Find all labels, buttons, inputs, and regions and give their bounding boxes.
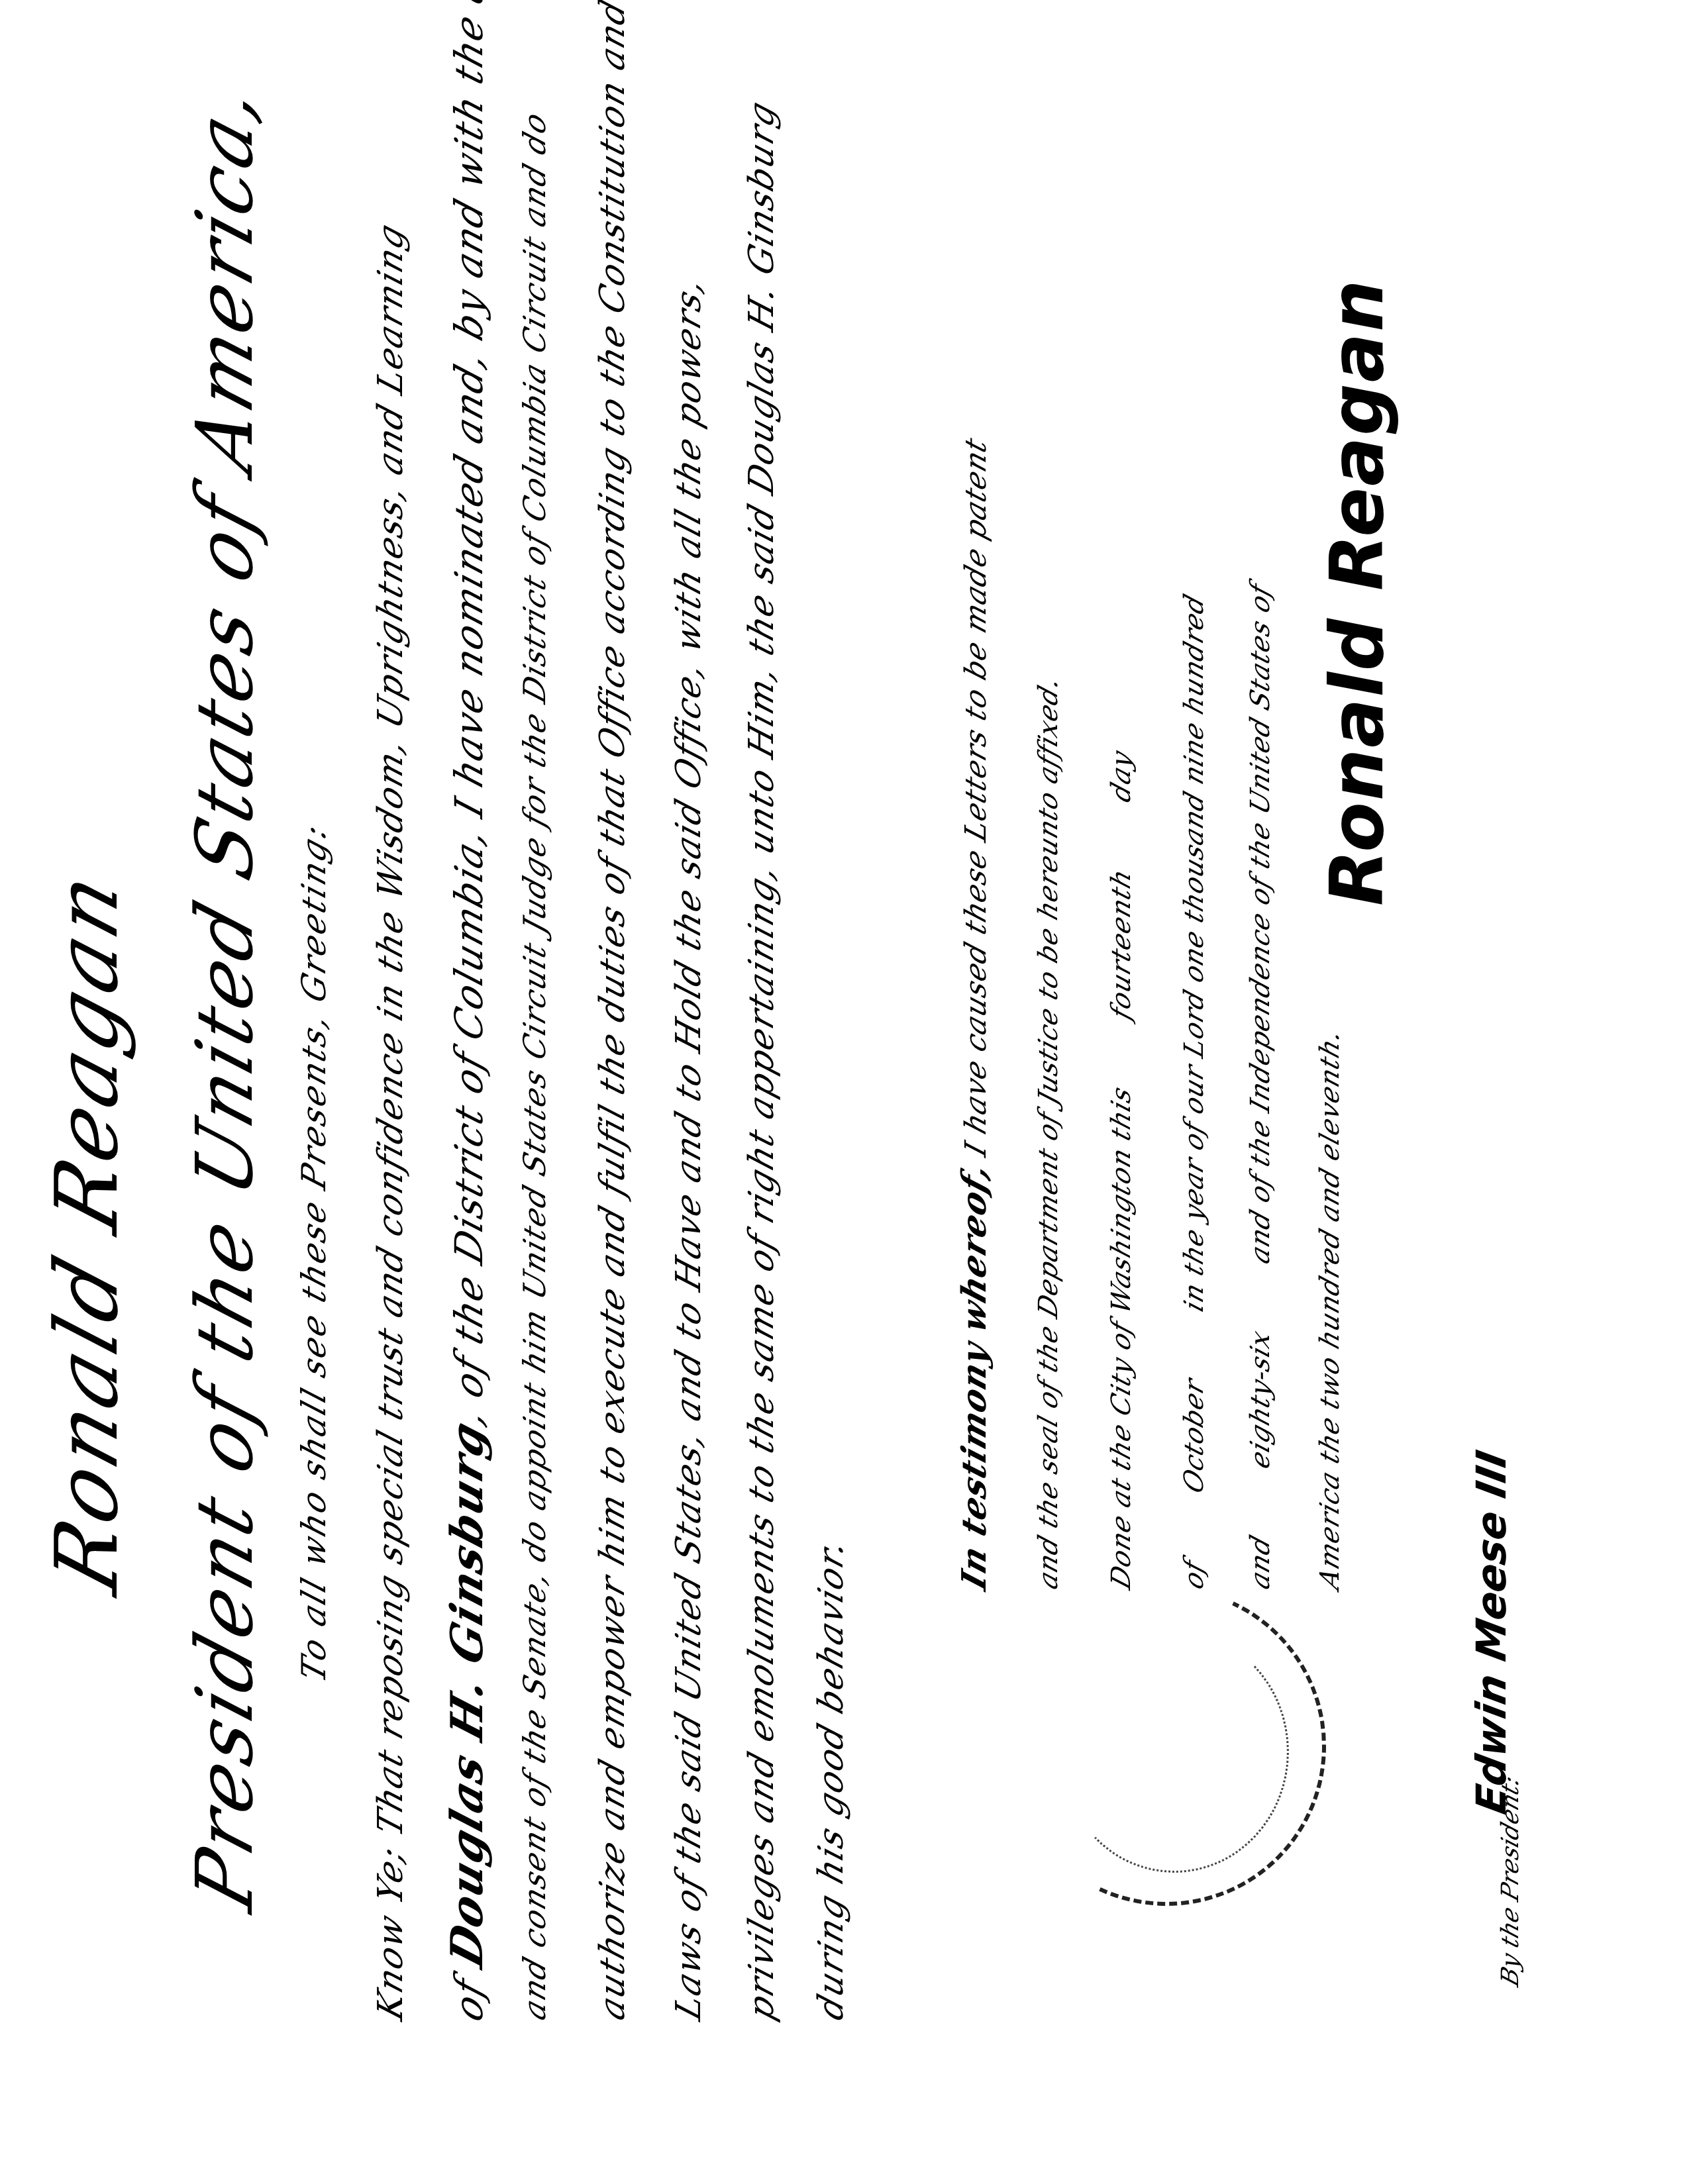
body-line-1: Know Ye; That reposing special trust and…	[371, 218, 411, 2025]
testimony-line-4: of October in the year of our Lord one t…	[1179, 590, 1209, 1593]
testimony-day: fourteenth	[1106, 865, 1137, 1024]
testimony-month: October	[1179, 1374, 1209, 1497]
body-line-2-suffix: , of the District of Columbia, I have no…	[446, 0, 491, 1430]
body-line-3: and consent of the Senate, do appoint hi…	[517, 107, 552, 2024]
testimony-line-1-rest: I have caused these Letters to be made p…	[959, 433, 993, 1170]
seal-inner-ring	[1060, 1630, 1289, 1873]
testimony-line-5: and eighty-six and of the Independence o…	[1245, 579, 1276, 1593]
testimony-line-3-b: day	[1106, 746, 1137, 806]
testimony-line-2: and the seal of the Department of Justic…	[1033, 673, 1064, 1593]
testimony-line-5-a: and	[1245, 1531, 1276, 1593]
testimony-line-4-b: in the year of our Lord one thousand nin…	[1179, 590, 1209, 1315]
testimony-year: eighty-six	[1245, 1326, 1276, 1473]
body-line-4: authorize and empower him to execute and…	[593, 0, 633, 2025]
body-line-2-prefix: of	[446, 1972, 491, 2026]
commission-document: Ronald Reagan President of the United St…	[0, 0, 1689, 2184]
body-line-5: Laws of the said United States, and to H…	[669, 272, 709, 2024]
body-line-7: during his good behavior.	[811, 1534, 851, 2025]
president-name-heading: Ronald Reagan	[36, 858, 137, 1605]
attorney-general-signature: Edwin Meese III	[1467, 1447, 1515, 1817]
testimony-line-5-b: and of the Independence of the United St…	[1245, 579, 1276, 1267]
salutation: To all who shall see these Presents, Gre…	[295, 818, 333, 1687]
body-line-2: of Douglas H. Ginsburg, of the District …	[440, 0, 493, 2027]
testimony-lead: In testimony whereof,	[954, 1158, 994, 1595]
testimony-line-3: Done at the City of Washington this four…	[1106, 746, 1137, 1593]
testimony-line-6: America the two hundred and eleventh.	[1315, 1025, 1345, 1593]
testimony-line-3-a: Done at the City of Washington this	[1106, 1082, 1137, 1593]
president-title-heading: President of the United States of Americ…	[179, 72, 270, 1921]
appointee-name: Douglas H. Ginsburg	[440, 1414, 493, 1973]
testimony-line-1: In testimony whereof, I have caused thes…	[954, 432, 994, 1595]
president-signature: Ronald Reagan	[1315, 279, 1400, 906]
body-line-6: privileges and emoluments to the same of…	[742, 95, 782, 2025]
